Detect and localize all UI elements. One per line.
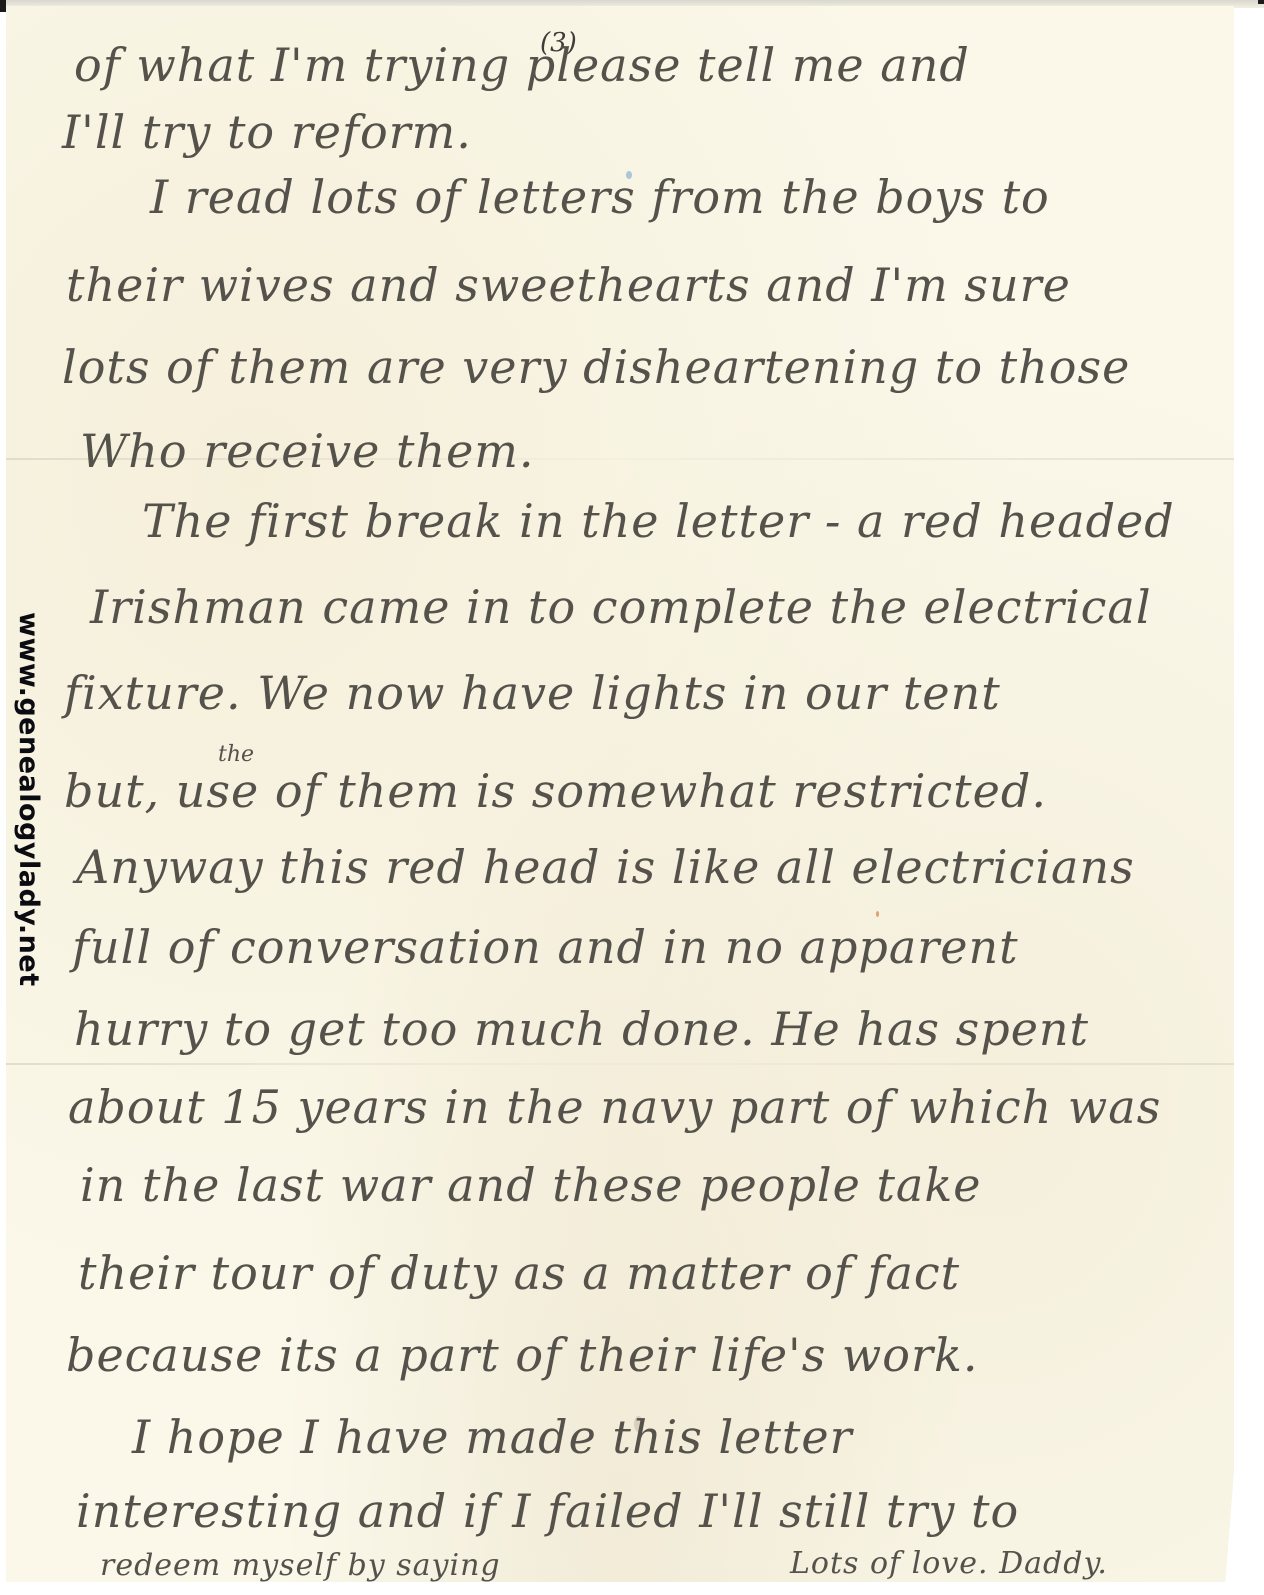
letter-line: interesting and if I failed I'll still t… <box>76 1484 1019 1538</box>
letter-line: I hope I have made this letter <box>132 1410 853 1464</box>
ink-speck <box>876 911 879 917</box>
letter-line: full of conversation and in no apparent <box>72 920 1019 974</box>
letter-line: I'll try to reform. <box>62 105 472 159</box>
watermark: www.genealogylady.net <box>14 612 44 967</box>
letter-line: their tour of duty as a matter of fact <box>78 1246 960 1300</box>
letter-line: in the last war and these people take <box>80 1158 981 1212</box>
scan-corner-mark-right <box>1258 0 1264 4</box>
scan-corner-mark <box>0 0 6 12</box>
letter-line: The first break in the letter - a red he… <box>142 494 1175 548</box>
letter-line: fixture. We now have lights in our tent <box>64 666 1001 720</box>
letter-line: Anyway this red head is like all electri… <box>76 840 1135 894</box>
signature: Lots of love. Daddy. <box>790 1546 1108 1581</box>
letter-line: Irishman came in to complete the electri… <box>90 580 1152 634</box>
paper-fold <box>6 1063 1234 1065</box>
closing-line: redeem myself by saying <box>100 1548 501 1583</box>
letter-line: but, use of them is somewhat restricted. <box>64 764 1047 818</box>
letter-line: about 15 years in the navy part of which… <box>68 1080 1161 1134</box>
letter-line: lots of them are very disheartening to t… <box>62 340 1130 394</box>
letter-line: because its a part of their life's work. <box>66 1328 978 1382</box>
letter-line: their wives and sweethearts and I'm sure <box>66 258 1071 312</box>
letter-line: I read lots of letters from the boys to <box>150 170 1050 224</box>
letter-line: hurry to get too much done. He has spent <box>74 1002 1089 1056</box>
letter-line: of what I'm trying please tell me and <box>74 38 970 92</box>
letter-line: Who receive them. <box>80 424 535 478</box>
watermark-text: www.genealogylady.net <box>13 612 44 987</box>
